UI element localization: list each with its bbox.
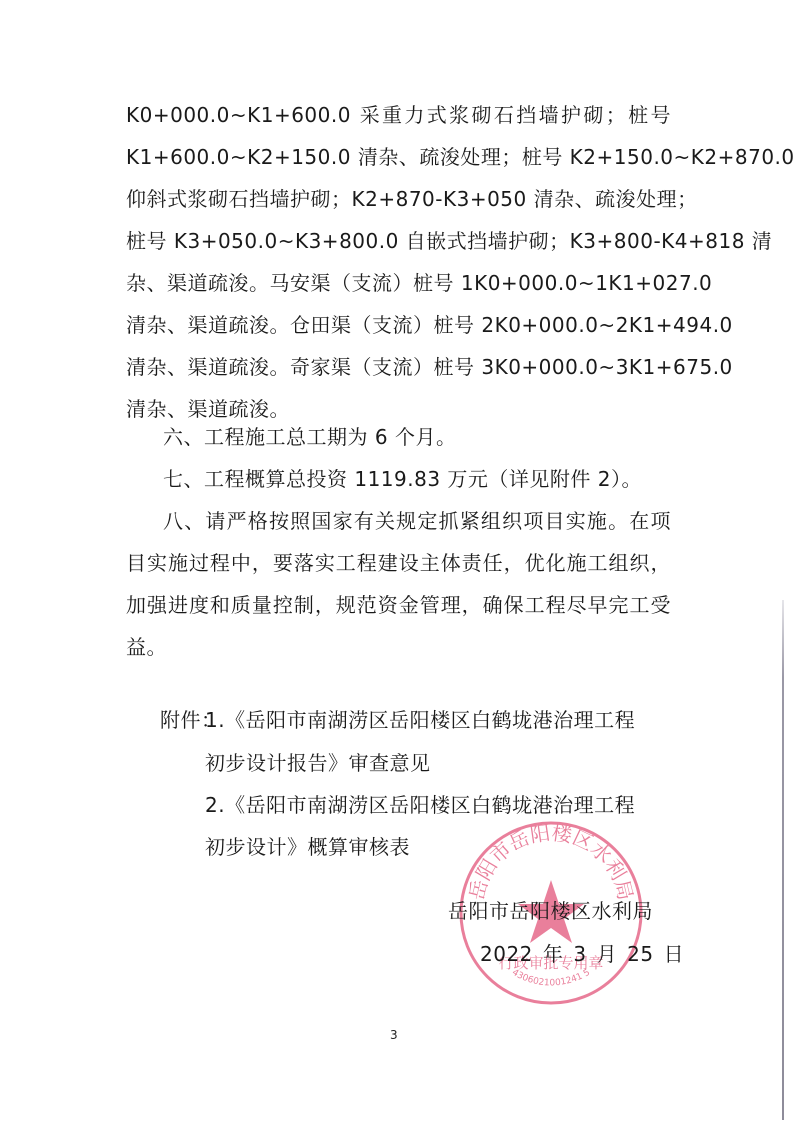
date-day: 25 <box>627 942 653 966</box>
issuing-organization: 岳阳市岳阳楼区水利局 <box>448 897 653 925</box>
body-line: K0+000.0~K1+600.0 采重力式浆砌石挡墙护砌；桩号 <box>126 101 671 129</box>
date-year: 2022 <box>480 942 533 966</box>
date-day-unit: 日 <box>664 942 685 966</box>
item-7-investment: 七、工程概算总投资 1119.83 万元（详见附件 2）。 <box>163 465 642 493</box>
body-line: 清杂、渠道疏浚。仓田渠（支流）桩号 2K0+000.0~2K1+494.0 <box>126 311 671 339</box>
body-line: 清杂、渠道疏浚。 <box>126 395 671 423</box>
date-month-unit: 月 <box>597 942 618 966</box>
attachment-1-line1: 1.《岳阳市南湖涝区岳阳楼区白鹤垅港治理工程 <box>205 706 635 734</box>
date-month: 3 <box>573 942 586 966</box>
attachment-2-line1: 2.《岳阳市南湖涝区岳阳楼区白鹤垅港治理工程 <box>205 791 635 819</box>
scan-edge-line <box>782 600 784 1120</box>
item-6-duration: 六、工程施工总工期为 6 个月。 <box>163 423 456 451</box>
item-8-line: 加强进度和质量控制，规范资金管理，确保工程尽早完工受 <box>126 591 671 619</box>
body-line: K1+600.0~K2+150.0 清杂、疏浚处理；桩号 K2+150.0~K2… <box>126 143 671 171</box>
document-page: K0+000.0~K1+600.0 采重力式浆砌石挡墙护砌；桩号 K1+600.… <box>0 0 793 1122</box>
body-line: 仰斜式浆砌石挡墙护砌；K2+870-K3+050 清杂、疏浚处理； <box>126 185 671 213</box>
date-year-unit: 年 <box>543 942 564 966</box>
item-8-line: 目实施过程中，要落实工程建设主体责任，优化施工组织， <box>126 549 671 577</box>
item-8-line: 八、请严格按照国家有关规定抓紧组织项目实施。在项 <box>163 507 671 535</box>
item-8-line: 益。 <box>126 633 671 661</box>
body-line: 桩号 K3+050.0~K3+800.0 自嵌式挡墙护砌；K3+800-K4+8… <box>126 227 671 255</box>
body-line: 杂、渠道疏浚。马安渠（支流）桩号 1K0+000.0~1K1+027.0 <box>126 269 671 297</box>
attachment-2-line2: 初步设计》概算审核表 <box>205 833 410 861</box>
page-number: 3 <box>390 1028 398 1042</box>
attachment-1-line2: 初步设计报告》审查意见 <box>205 749 431 777</box>
body-line: 清杂、渠道疏浚。奇家渠（支流）桩号 3K0+000.0~3K1+675.0 <box>126 353 671 381</box>
issue-date: 2022年3月25日 <box>480 940 684 968</box>
